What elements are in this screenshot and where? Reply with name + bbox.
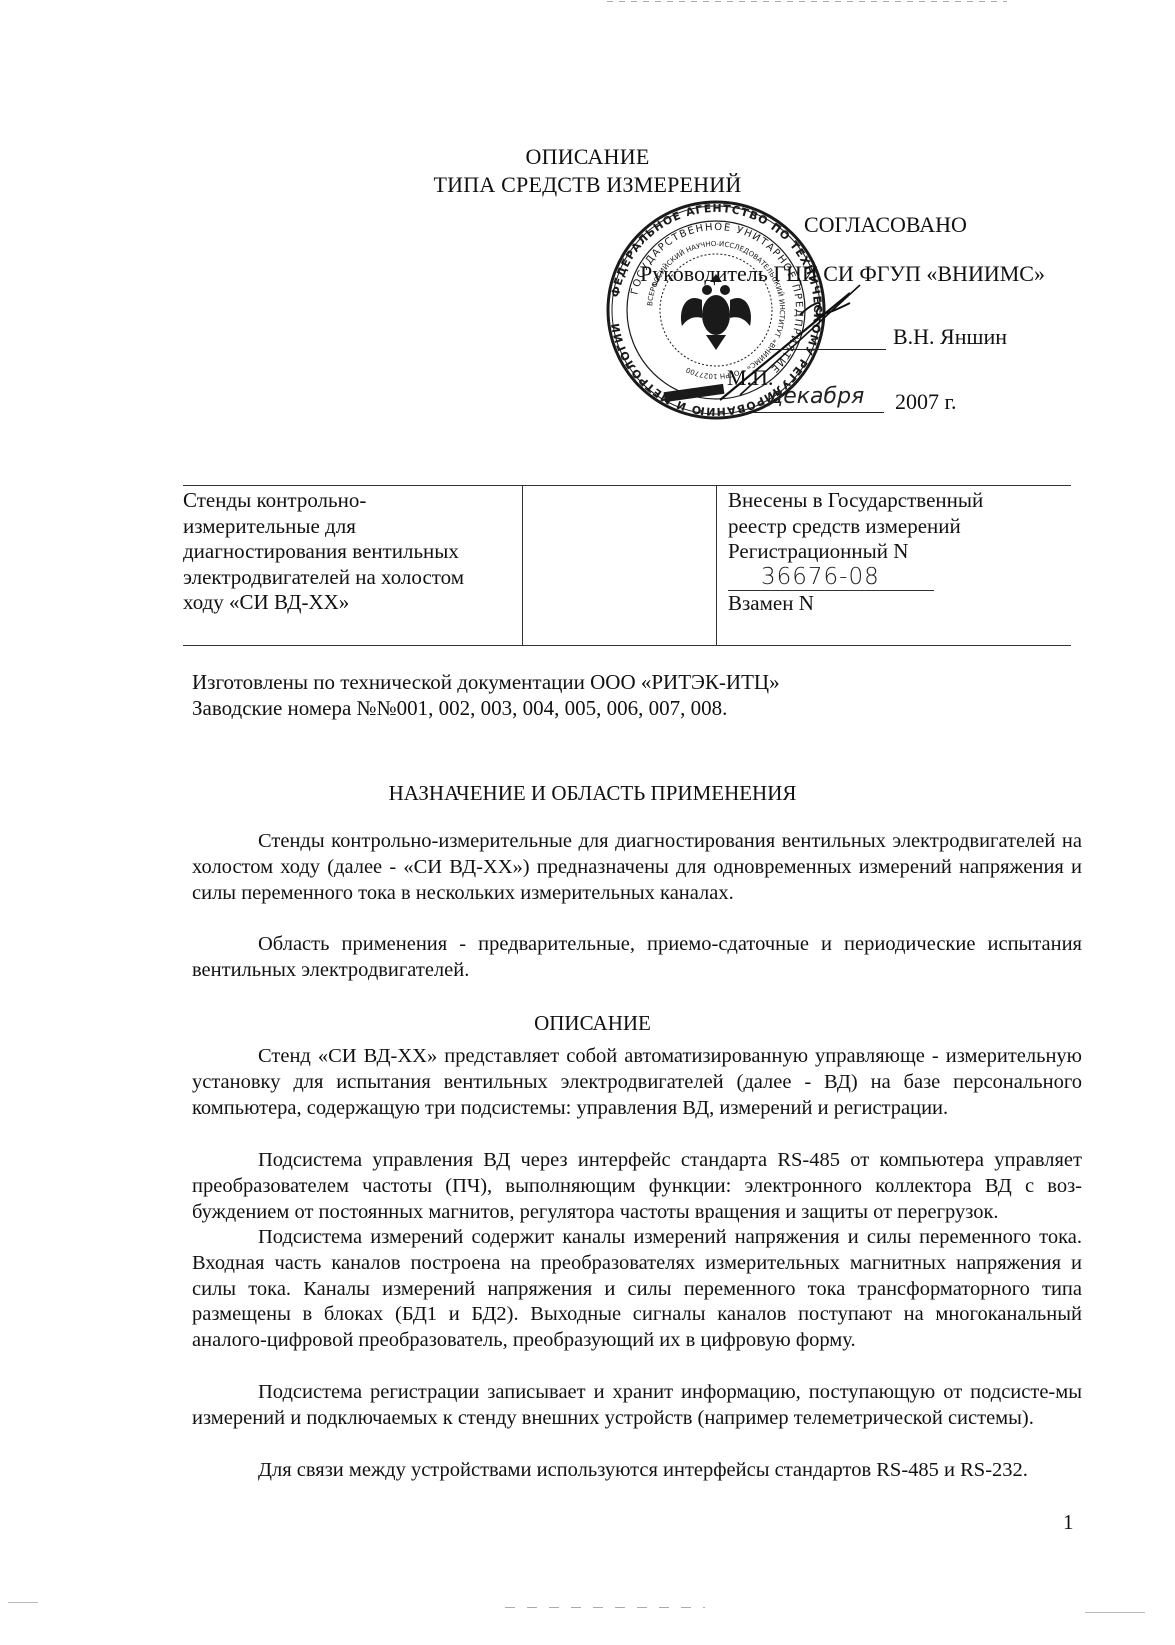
- paragraph: Область применения - предварительные, пр…: [192, 932, 1082, 984]
- replaces-label: Взамен N: [728, 591, 1073, 617]
- device-name-line: Стенды контрольно-: [183, 488, 464, 514]
- device-name-line: диагностирования вентильных: [183, 539, 464, 565]
- paragraph: Подсистема измерений содержит каналы изм…: [192, 1225, 1082, 1354]
- manufacturer-line: Изготовлены по технической документации …: [192, 670, 780, 696]
- table-bottom-rule: [183, 645, 1071, 646]
- registry-number-handwritten: 36676-08: [728, 565, 934, 592]
- device-name-line: ходу «СИ ВД-ХХ»: [183, 590, 464, 616]
- paragraph-text: Подсистема управления ВД через интерфейс…: [192, 1149, 1082, 1223]
- paragraph: Для связи между устройствами используютс…: [192, 1458, 1082, 1484]
- approval-label: СОГЛАСОВАНО: [804, 211, 967, 239]
- signature-line: [770, 349, 886, 350]
- paragraph-text: Подсистема регистрации записывает и хран…: [192, 1381, 1082, 1429]
- paragraph: Подсистема управления ВД через интерфейс…: [192, 1148, 1082, 1225]
- paragraph-text: Стенд «СИ ВД-ХХ» представляет собой авто…: [192, 1045, 1082, 1119]
- registry-table: Стенды контрольно- измерительные для диа…: [183, 485, 1071, 645]
- scan-artifact-bottom-center: [505, 1607, 705, 1608]
- paragraph-text: Стенды контрольно-измерительные для диаг…: [192, 830, 1082, 904]
- manufacturer-info: Изготовлены по технической документации …: [192, 670, 780, 721]
- title-line-2: ТИПА СРЕДСТВ ИЗМЕРЕНИЙ: [0, 171, 1175, 199]
- registry-info-cell: Внесены в Государственный реестр средств…: [728, 488, 1073, 617]
- seal-mark: М.П.: [727, 364, 773, 392]
- registry-line-1: Внесены в Государственный: [728, 488, 1073, 514]
- device-name-cell: Стенды контрольно- измерительные для диа…: [183, 488, 464, 616]
- paragraph: Стенд «СИ ВД-ХХ» представляет собой авто…: [192, 1044, 1082, 1121]
- document-page: ОПИСАНИЕ ТИПА СРЕДСТВ ИЗМЕРЕНИЙ ФЕДЕРАЛЬ…: [0, 0, 1175, 1645]
- scan-artifact-bottom-right: [1085, 1612, 1145, 1613]
- approval-year: 2007 г.: [895, 388, 957, 416]
- table-divider-2: [716, 485, 717, 645]
- scan-artifact-top: [607, 1, 1007, 2]
- table-top-rule: [183, 485, 1071, 486]
- section-heading-description: ОПИСАНИЕ: [0, 1010, 1175, 1036]
- date-line: [752, 412, 884, 413]
- paragraph: Подсистема регистрации записывает и хран…: [192, 1380, 1082, 1432]
- device-name-line: измерительные для: [183, 514, 464, 540]
- paragraph: Стенды контрольно-измерительные для диаг…: [192, 829, 1082, 906]
- page-number: 1: [1063, 1510, 1074, 1535]
- date-month-handwritten: декабря: [768, 383, 864, 411]
- registry-line-2: реестр средств измерений: [728, 514, 1073, 540]
- title-line-1: ОПИСАНИЕ: [0, 143, 1175, 171]
- document-title: ОПИСАНИЕ ТИПА СРЕДСТВ ИЗМЕРЕНИЙ: [0, 143, 1175, 199]
- section-heading-purpose: НАЗНАЧЕНИЕ И ОБЛАСТЬ ПРИМЕНЕНИЯ: [0, 780, 1175, 806]
- paragraph-text: Для связи между устройствами используютс…: [258, 1459, 1028, 1481]
- registry-number-label: Регистрационный N: [728, 539, 1073, 565]
- paragraph-text: Подсистема измерений содержит каналы изм…: [192, 1226, 1082, 1351]
- table-divider-1: [522, 485, 523, 645]
- device-name-line: электродвигателей на холостом: [183, 565, 464, 591]
- signer-name: В.Н. Яншин: [893, 323, 1007, 351]
- paragraph-text: Область применения - предварительные, пр…: [192, 933, 1082, 981]
- serial-numbers-line: Заводские номера №№001, 002, 003, 004, 0…: [192, 696, 780, 722]
- scan-artifact-bottom-left: [8, 1602, 38, 1603]
